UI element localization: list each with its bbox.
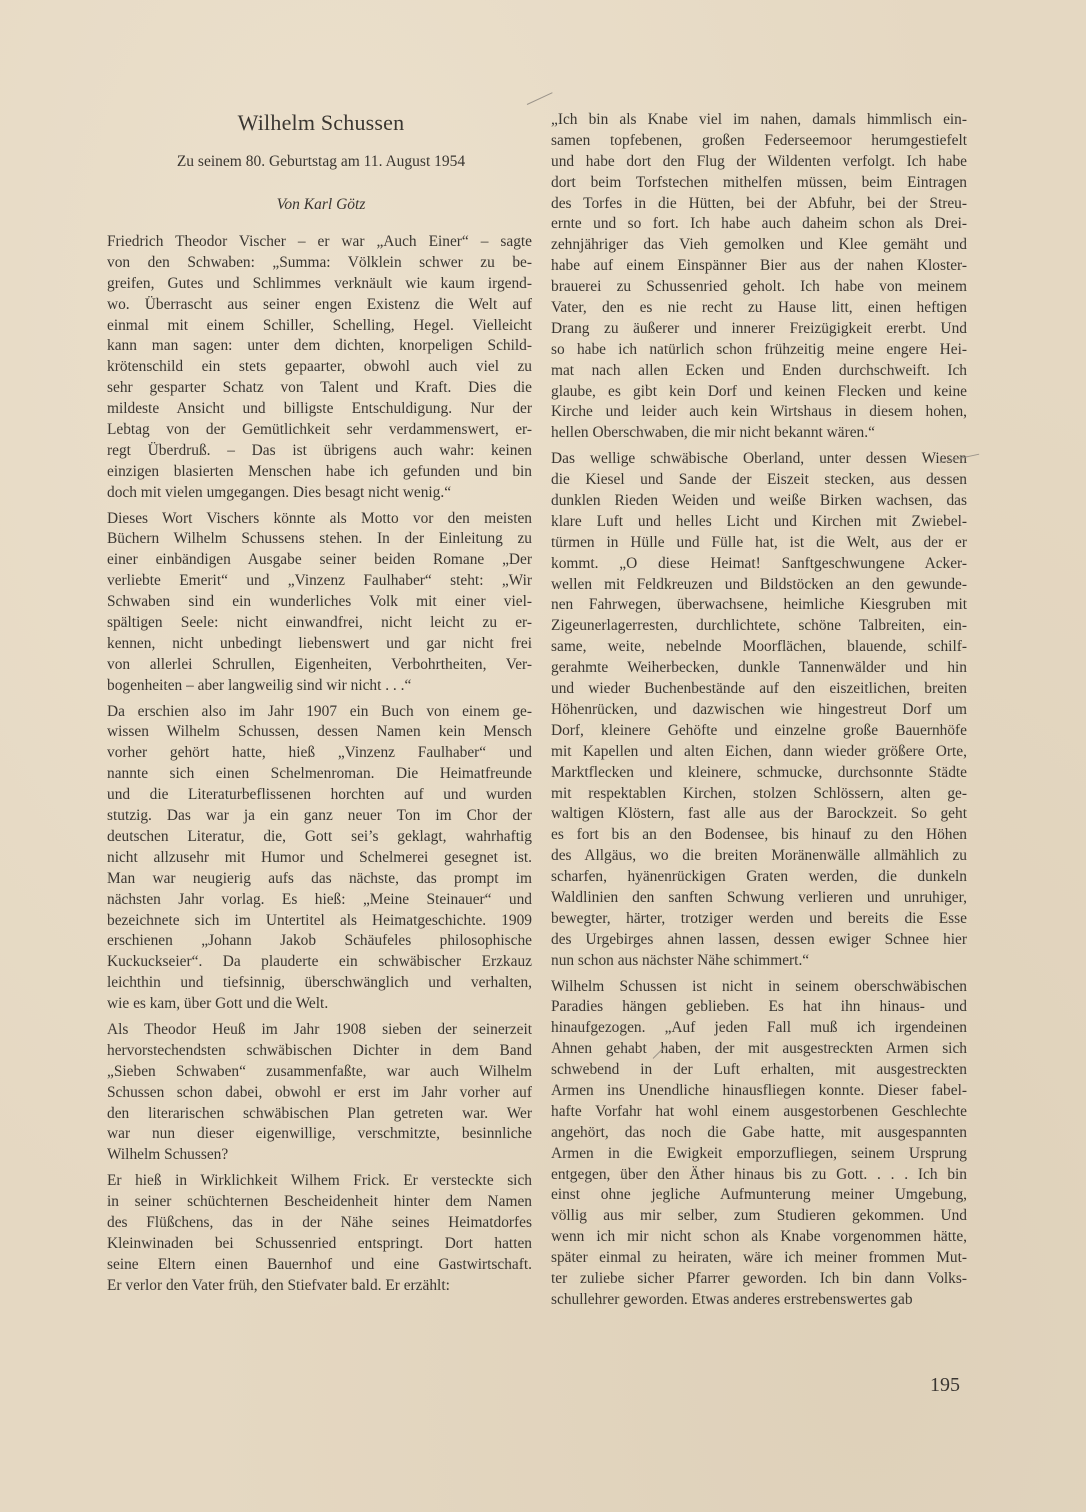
text-line: die Kiesel und Sande der Eiszeit stecken…: [551, 470, 967, 491]
text-line: völlig aus mir selber, zum Studieren gek…: [551, 1206, 967, 1227]
text-line: glaube, es gibt kein Dorf und keinen Fle…: [551, 382, 967, 403]
text-line: kommt. „O diese Heimat! Sanftgeschwungen…: [551, 554, 967, 575]
text-line: sehr gesparter Schatz von Talent und Kra…: [107, 378, 532, 399]
text-line: nächsten Jahr vorlag. Es hieß: „Meine St…: [107, 890, 532, 911]
paragraph: Das wellige schwäbische Oberland, unter …: [551, 449, 967, 971]
text-line: wenn ich mir nicht schon als Knabe vorge…: [551, 1227, 967, 1248]
text-line: Höhenrücken, und dazwischen wie hingestr…: [551, 700, 967, 721]
text-line: des Torfes in die Hütten, bei der Abfuhr…: [551, 194, 967, 215]
paragraph: Er hieß in Wirklichkeit Wilhem Frick. Er…: [107, 1171, 532, 1296]
text-line: hellen Oberschwaben, die mir nicht bekan…: [551, 423, 967, 444]
text-line: mit Kapellen und alten Eichen, dann wied…: [551, 742, 967, 763]
text-line: später einmal zu heiraten, wäre ich mein…: [551, 1248, 967, 1269]
text-line: hervorstechendsten schwäbischen Dichter …: [107, 1041, 532, 1062]
text-line: Schussen schon dabei, obwohl er erst im …: [107, 1083, 532, 1104]
text-line: Armen ins Unendliche hinausfliegen konnt…: [551, 1081, 967, 1102]
text-line: ernte und so fort. Ich habe auch daheim …: [551, 214, 967, 235]
text-line: kann man sagen: unter dem dichten, knorp…: [107, 336, 532, 357]
text-line: von allerlei Schrullen, Eigenheiten, Ver…: [107, 655, 532, 676]
text-line: von den Schwaben: „Summa: Völklein schwe…: [107, 253, 532, 274]
text-line: wissen Wilhelm Schussen, dessen Namen ke…: [107, 722, 532, 743]
article-byline: Von Karl Götz: [210, 196, 432, 214]
text-line: es fort bis an den Bodensee, bis hinauf …: [551, 825, 967, 846]
text-line: wellen mit Feldkreuzen und Bildstöcken a…: [551, 575, 967, 596]
text-line: regt Überdruß. – Das ist übrigens auch w…: [107, 441, 532, 462]
text-line: mit respektablen Kirchen, stolzen Schlös…: [551, 784, 967, 805]
text-line: habe auf einem Einspänner Bier aus der n…: [551, 256, 967, 277]
text-line: „Sieben Schwaben“ zusammenfaßte, war auc…: [107, 1062, 532, 1083]
text-line: dort beim Torfstechen mithelfen müssen, …: [551, 173, 967, 194]
paragraph: „Ich bin als Knabe viel im nahen, damals…: [551, 110, 967, 444]
text-line: gerahmte Weiherbecken, dunkle Tannenwäld…: [551, 658, 967, 679]
text-line: Kleinwinaden bei Schussenried entspringt…: [107, 1234, 532, 1255]
left-column: Friedrich Theodor Vischer – er war „Auch…: [107, 232, 532, 1302]
text-line: Wilhelm Schussen?: [107, 1145, 532, 1166]
paragraph: Dieses Wort Vischers könnte als Motto vo…: [107, 509, 532, 697]
text-line: Kirche und leider auch kein Wirtshaus in…: [551, 402, 967, 423]
scanned-page: Wilhelm Schussen Zu seinem 80. Geburtsta…: [0, 0, 1086, 1512]
text-line: Lebtag von der Gemütlichkeit sehr verdam…: [107, 420, 532, 441]
paragraph: Wilhelm Schussen ist nicht in seinem obe…: [551, 977, 967, 1311]
text-line: und wieder Buchenbestände auf den eiszei…: [551, 679, 967, 700]
text-line: Paradies hängen geblieben. Es hat ihn hi…: [551, 997, 967, 1018]
text-line: krötenschild ein stets gepaarter, obwohl…: [107, 357, 532, 378]
text-line: brauerei zu Schussenried geholt. Ich hab…: [551, 277, 967, 298]
text-line: Man war neugierig aufs das nächste, das …: [107, 869, 532, 890]
text-line: einmal mit einem Schiller, Schelling, He…: [107, 316, 532, 337]
text-line: Drang zu äußerer und innerer Freizügigke…: [551, 319, 967, 340]
text-line: war nun dieser eigenwillige, verschmitzt…: [107, 1124, 532, 1145]
text-line: nannte sich einen Schelmenroman. Die Hei…: [107, 764, 532, 785]
text-line: Schwaben sind ein wunderliches Volk mit …: [107, 592, 532, 613]
text-line: so habe ich natürlich schon frühzeitig m…: [551, 340, 967, 361]
text-line: verliebte Emerit“ und „Vinzenz Faulhaber…: [107, 571, 532, 592]
text-line: in seiner schüchternen Bescheidenheit hi…: [107, 1192, 532, 1213]
text-line: des Allgäus, wo die breiten Moränenwälle…: [551, 846, 967, 867]
text-line: Er hieß in Wirklichkeit Wilhem Frick. Er…: [107, 1171, 532, 1192]
text-line: same, weite, nebelnde Moorflächen, blaue…: [551, 637, 967, 658]
text-line: mildeste Ansicht und billigste Entschuld…: [107, 399, 532, 420]
text-line: leichthin und tiefsinnig, überschwänglic…: [107, 973, 532, 994]
text-line: Friedrich Theodor Vischer – er war „Auch…: [107, 232, 532, 253]
text-line: schullehrer geworden. Etwas anderes erst…: [551, 1290, 967, 1311]
text-line: kennen, nicht unbedingt liebenswert und …: [107, 634, 532, 655]
text-line: samen topfebenen, großen Federseemoor he…: [551, 131, 967, 152]
paragraph: Da erschien also im Jahr 1907 ein Buch v…: [107, 702, 532, 1015]
paragraph: Als Theodor Heuß im Jahr 1908 sieben der…: [107, 1020, 532, 1166]
text-line: waltigen Klöstern, fast alle aus der Bar…: [551, 804, 967, 825]
text-line: Armen in die Ewigkeit emporzufliegen, se…: [551, 1144, 967, 1165]
text-line: wie es kam, über Gott und die Welt.: [107, 994, 532, 1015]
text-line: dunklen Rieden Weiden und weiße Birken w…: [551, 491, 967, 512]
text-line: hinaufgezogen. „Auf jeden Fall muß ich i…: [551, 1018, 967, 1039]
page-number: 195: [930, 1374, 960, 1397]
text-line: erschienen „Johann Jakob Schäufeles phil…: [107, 931, 532, 952]
text-line: Waldlinien den sanften Schwung verlieren…: [551, 888, 967, 909]
text-line: türmen in Hülle und Fülle hat, ist die W…: [551, 533, 967, 554]
text-line: und habe dort den Flug der Wildenten ver…: [551, 152, 967, 173]
text-line: einzigen blasierten Menschen habe ich ge…: [107, 462, 532, 483]
text-line: Er verlor den Vater früh, den Stiefvater…: [107, 1276, 532, 1297]
text-line: spältigen Seele: nicht einwandfrei, nich…: [107, 613, 532, 634]
text-line: stutzig. Das war ja ein ganz neuer Ton i…: [107, 806, 532, 827]
text-line: ter zuliebe sicher Pfarrer geworden. Ich…: [551, 1269, 967, 1290]
text-line: deutschen Literatur, die, Gott sei’s gek…: [107, 827, 532, 848]
text-line: Als Theodor Heuß im Jahr 1908 sieben der…: [107, 1020, 532, 1041]
text-line: hafte Vorfahr hat wohl einem ausgestorbe…: [551, 1102, 967, 1123]
text-line: doch mit vielen umgegangen. Dies besagt …: [107, 483, 532, 504]
text-line: Ahnen gehabt haben, der mit ausgestreckt…: [551, 1039, 967, 1060]
text-line: wo. Überrascht aus seiner engen Existenz…: [107, 295, 532, 316]
text-line: scharfen, hyänenrückigen Graten werden, …: [551, 867, 967, 888]
text-line: einer einbändigen Ausgabe seiner beiden …: [107, 550, 532, 571]
text-line: Vater, den es nie recht zu Hause litt, e…: [551, 298, 967, 319]
text-line: angehört, das noch die Gabe hatte, mit a…: [551, 1123, 967, 1144]
text-line: mat nach allen Ecken und Enden durchschw…: [551, 361, 967, 382]
text-line: bezeichnete sich im Untertitel als Heima…: [107, 911, 532, 932]
text-line: schwebend in der Luft erhalten, mit ausg…: [551, 1060, 967, 1081]
text-line: Dieses Wort Vischers könnte als Motto vo…: [107, 509, 532, 530]
text-line: Kuckuckseier“. Da plauderte ein schwäbis…: [107, 952, 532, 973]
text-line: Wilhelm Schussen ist nicht in seinem obe…: [551, 977, 967, 998]
text-line: nicht allzusehr mit Humor und Schelmerei…: [107, 848, 532, 869]
text-line: nun schon aus nächster Nähe schimmert.“: [551, 951, 967, 972]
text-line: entgegen, über den Äther hinaus bis zu G…: [551, 1165, 967, 1186]
text-line: nen Fahrwegen, überwachsene, heimliche K…: [551, 595, 967, 616]
text-line: Das wellige schwäbische Oberland, unter …: [551, 449, 967, 470]
text-line: den literarischen schwäbischen Plan getr…: [107, 1104, 532, 1125]
text-line: des Flüßchens, das in der Nähe seines He…: [107, 1213, 532, 1234]
text-line: bogenheiten – aber langweilig sind wir n…: [107, 676, 532, 697]
text-line: seine Eltern einen Bauernhof und eine Ga…: [107, 1255, 532, 1276]
text-line: Dorf, kleinere Gehöfte und einzelne groß…: [551, 721, 967, 742]
text-line: Zigeunerlagerresten, durchlichtete, schö…: [551, 616, 967, 637]
text-line: greifen, Gutes und Schlimmes verknäult w…: [107, 274, 532, 295]
text-line: Büchern Wilhelm Schussens stehen. In der…: [107, 529, 532, 550]
article-title: Wilhelm Schussen: [210, 110, 432, 136]
text-line: einst ohne jegliche Aufmunterung meiner …: [551, 1185, 967, 1206]
text-line: klare Luft und helles Licht und Kirchen …: [551, 512, 967, 533]
article-subtitle: Zu seinem 80. Geburtstag am 11. August 1…: [140, 153, 502, 171]
text-line: des Urgebirges ahnen lassen, dessen ewig…: [551, 930, 967, 951]
text-line: zehnjähriger das Vieh gemolken und Klee …: [551, 235, 967, 256]
right-column: „Ich bin als Knabe viel im nahen, damals…: [551, 110, 967, 1316]
text-line: bewegter, härter, trotziger werden und b…: [551, 909, 967, 930]
pencil-mark: [527, 92, 553, 105]
text-line: vorher gehört hatte, hieß „Vinzenz Faulh…: [107, 743, 532, 764]
text-line: „Ich bin als Knabe viel im nahen, damals…: [551, 110, 967, 131]
text-line: Marktflecken und kleinere, schmucke, dur…: [551, 763, 967, 784]
text-line: und die Literaturbeflissenen horchten au…: [107, 785, 532, 806]
text-line: Da erschien also im Jahr 1907 ein Buch v…: [107, 702, 532, 723]
paragraph: Friedrich Theodor Vischer – er war „Auch…: [107, 232, 532, 504]
